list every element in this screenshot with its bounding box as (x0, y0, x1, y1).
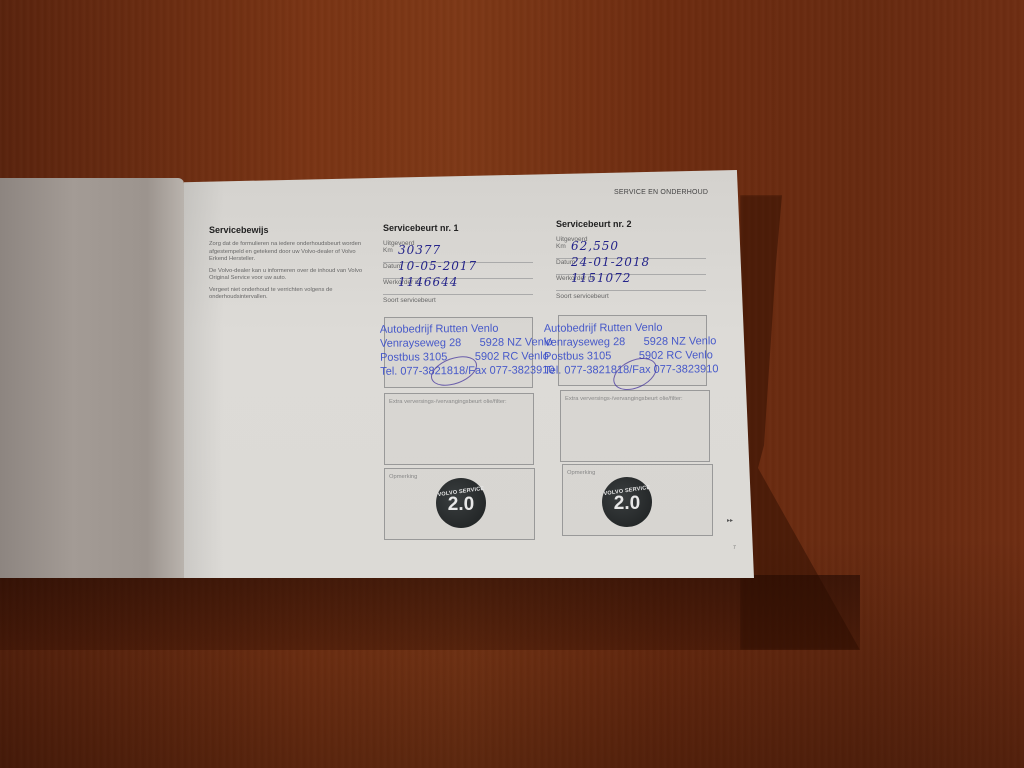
volvo-service-badge: VOLVO SERVICE 2.0 (436, 478, 486, 528)
intro-paragraph: De Volvo-dealer kan u informeren over de… (209, 268, 369, 283)
volvo-service-badge: VOLVO SERVICE 2.0 (602, 477, 652, 527)
badge-number: 2.0 (602, 494, 652, 514)
order-value: 1146644 (398, 275, 458, 289)
km-value: 30377 (398, 243, 441, 257)
service-title: Servicebeurt nr. 2 (556, 219, 706, 229)
stamp-address: Venrayseweg 28 5928 NZ Venlo (544, 334, 718, 350)
remark-box: Opmerking VOLVO SERVICE 2.0 (562, 464, 713, 536)
km-label: Km (383, 247, 393, 254)
extra-label: Extra verversings-/vervangingsbeurt olie… (389, 399, 507, 405)
booklet-shadow (0, 575, 860, 650)
date-value: 10-05-2017 (398, 259, 477, 273)
stamp-name: Autobedrijf Rutten Venlo (380, 321, 554, 337)
extra-label: Extra verversings-/vervangingsbeurt olie… (565, 396, 683, 402)
order-field: Werkorder nr. 1146644 (383, 279, 533, 295)
page-number: 7 (733, 545, 736, 551)
service-type-label: Soort servicebeurt (383, 297, 533, 304)
service-entry-2: Servicebeurt nr. 2 Uitgevoerd Km 62,550 … (556, 219, 706, 300)
km-label: Km (556, 243, 566, 250)
extra-box: Extra verversings-/vervangingsbeurt olie… (560, 390, 710, 462)
date-value: 24-01-2018 (571, 255, 650, 269)
extra-box: Extra verversings-/vervangingsbeurt olie… (384, 393, 534, 465)
order-field: Werkorder nr. 1151072 (556, 275, 706, 291)
service-type-label: Soort servicebeurt (556, 293, 706, 300)
intro-title: Servicebewijs (209, 225, 269, 235)
remark-label: Opmerking (567, 470, 595, 476)
km-value: 62,550 (571, 239, 619, 253)
next-page-arrows: ▸▸ (727, 517, 733, 524)
remark-label: Opmerking (389, 474, 417, 480)
stamp-address: Venrayseweg 28 5928 NZ Venlo (380, 335, 554, 351)
stamp-name: Autobedrijf Rutten Venlo (544, 320, 718, 336)
remark-box: Opmerking VOLVO SERVICE 2.0 (384, 468, 535, 540)
badge-number: 2.0 (436, 495, 486, 515)
order-value: 1151072 (571, 271, 631, 285)
booklet-left-page (0, 178, 184, 578)
intro-paragraph: Vergeet niet onderhoud te verrichten vol… (209, 287, 369, 302)
service-title: Servicebeurt nr. 1 (383, 223, 533, 233)
section-header: SERVICE EN ONDERHOUD (614, 189, 708, 196)
intro-text: Zorg dat de formulieren na iedere onderh… (209, 241, 369, 306)
service-entry-1: Servicebeurt nr. 1 Uitgevoerd Km 30377 D… (383, 223, 533, 304)
intro-paragraph: Zorg dat de formulieren na iedere onderh… (209, 241, 369, 264)
